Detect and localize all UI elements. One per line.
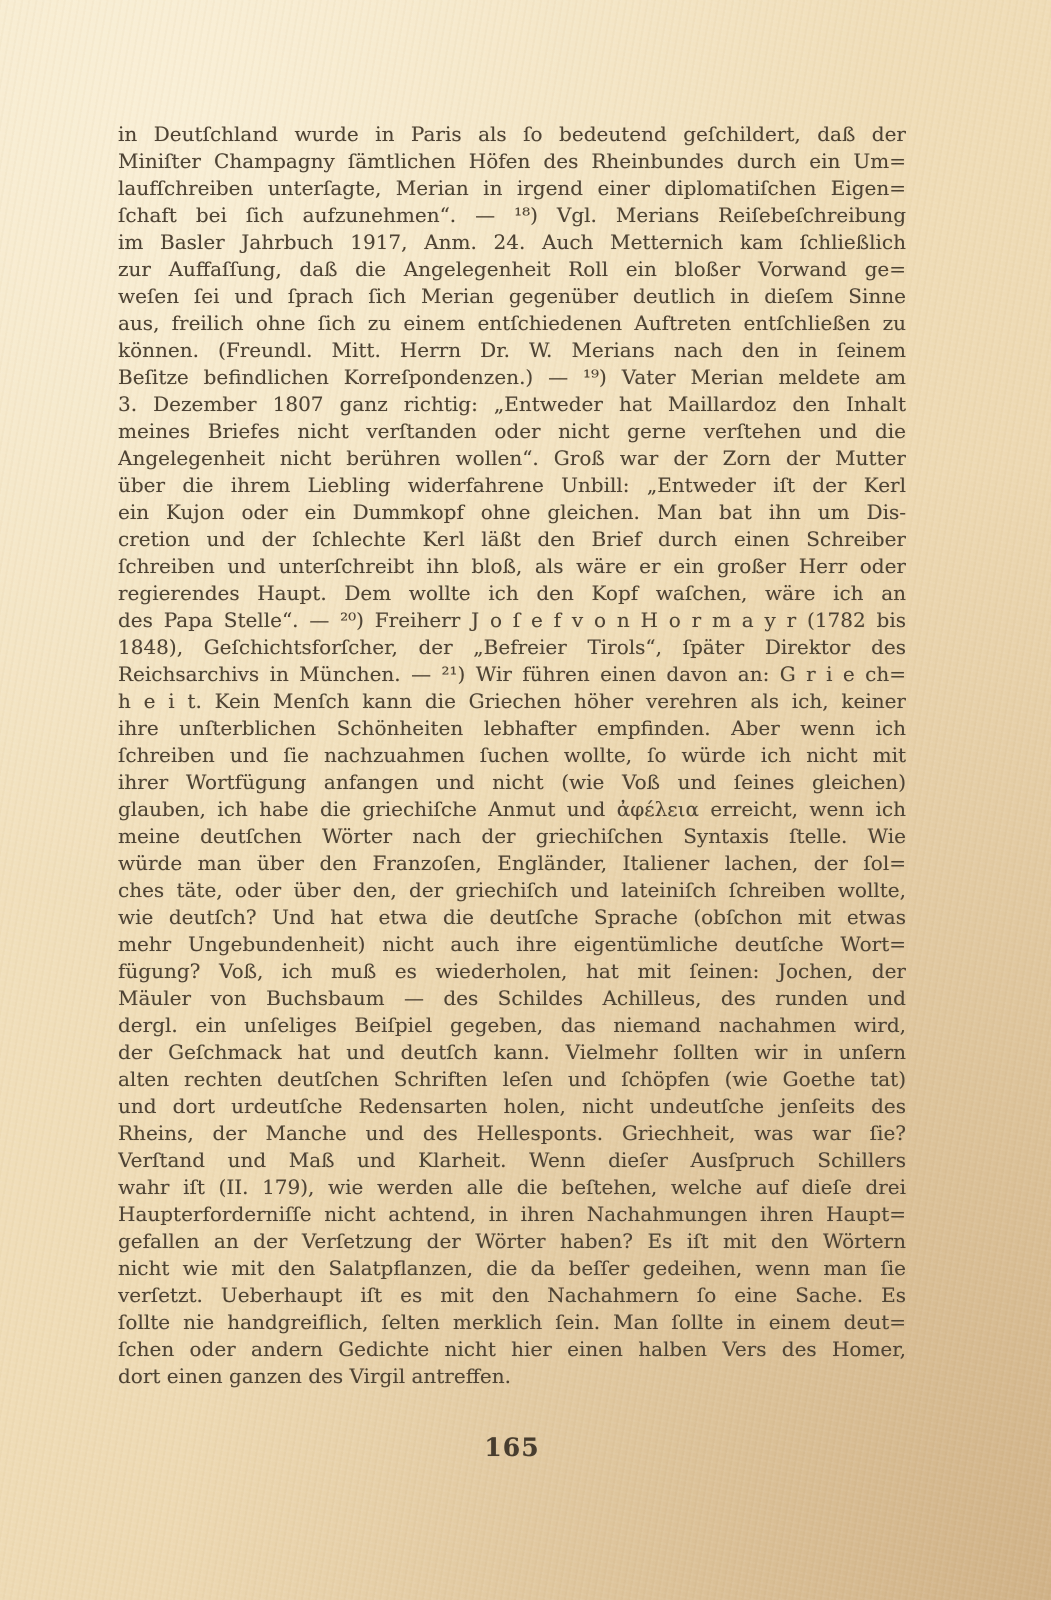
text-line: Angelegenheit nicht berühren wollen“. Gr…: [118, 445, 906, 472]
text-line: Rheins, der Manche und des Hellesponts. …: [118, 1120, 906, 1147]
text-line: ſchreiben und ſie nachzuahmen ſuchen wol…: [118, 742, 906, 769]
text-line: aus, freilich ohne ſich zu einem entſchi…: [118, 310, 906, 337]
text-line: Haupterforderniſſe nicht achtend, in ihr…: [118, 1201, 906, 1228]
text-line: dort einen ganzen des Virgil antreffen.: [118, 1363, 906, 1390]
text-line: ſchen oder andern Gedichte nicht hier ei…: [118, 1336, 906, 1363]
page-text-block: in Deutſchland wurde in Paris als ſo bed…: [118, 121, 906, 1390]
text-line: Reichsarchivs in München. — ²¹) Wir führ…: [118, 661, 906, 688]
text-line: h e i t. Kein Menſch kann die Griechen h…: [118, 688, 906, 715]
text-line: ches täte, oder über den, der griechiſch…: [118, 877, 906, 904]
text-line: glauben, ich habe die griechiſche Anmut …: [118, 796, 906, 823]
text-line: im Basler Jahrbuch 1917, Anm. 24. Auch M…: [118, 229, 906, 256]
text-line: cretion und der ſchlechte Kerl läßt den …: [118, 526, 906, 553]
text-line: dergl. ein unſeliges Beiſpiel gegeben, d…: [118, 1012, 906, 1039]
text-line: Verſtand und Maß und Klarheit. Wenn dieſ…: [118, 1147, 906, 1174]
text-line: mehr Ungebundenheit) nicht auch ihre eig…: [118, 931, 906, 958]
text-line: ihrer Wortfügung anfangen und nicht (wie…: [118, 769, 906, 796]
page-number: 165: [118, 1433, 906, 1462]
text-line: ſollte nie handgreiflich, ſelten merklic…: [118, 1309, 906, 1336]
text-line: 3. Dezember 1807 ganz richtig: „Entweder…: [118, 391, 906, 418]
text-line: über die ihrem Liebling widerfahrene Unb…: [118, 472, 906, 499]
text-line: Miniſter Champagny ſämtlichen Höfen des …: [118, 148, 906, 175]
text-line: ſchaft bei ſich aufzunehmen“. — ¹⁸) Vgl.…: [118, 202, 906, 229]
text-line: Beſitze befindlichen Korreſpondenzen.) —…: [118, 364, 906, 391]
text-line: 1848), Geſchichtsforſcher, der „Befreier…: [118, 634, 906, 661]
text-line: würde man über den Franzoſen, Engländer,…: [118, 850, 906, 877]
text-line: regierendes Haupt. Dem wollte ich den Ko…: [118, 580, 906, 607]
text-line: weſen ſei und ſprach ſich Merian gegenüb…: [118, 283, 906, 310]
text-line: in Deutſchland wurde in Paris als ſo bed…: [118, 121, 906, 148]
text-line: verſetzt. Ueberhaupt iſt es mit den Nach…: [118, 1282, 906, 1309]
text-line: meines Briefes nicht verſtanden oder nic…: [118, 418, 906, 445]
text-line: alten rechten deutſchen Schriften leſen …: [118, 1066, 906, 1093]
text-line: der Geſchmack hat und deutſch kann. Viel…: [118, 1039, 906, 1066]
text-line: Mäuler von Buchsbaum — des Schildes Achi…: [118, 985, 906, 1012]
text-line: nicht wie mit den Salatpflanzen, die da …: [118, 1255, 906, 1282]
text-line: des Papa Stelle“. — ²⁰) Freiherr J o ſ e…: [118, 607, 906, 634]
text-line: zur Auffaſſung, daß die Angelegenheit Ro…: [118, 256, 906, 283]
text-line: ſchreiben und unterſchreibt ihn bloß, al…: [118, 553, 906, 580]
text-line: und dort urdeutſche Redensarten holen, n…: [118, 1093, 906, 1120]
text-line: ihre unſterblichen Schönheiten lebhafter…: [118, 715, 906, 742]
text-line: können. (Freundl. Mitt. Herrn Dr. W. Mer…: [118, 337, 906, 364]
text-line: fügung? Voß, ich muß es wiederholen, hat…: [118, 958, 906, 985]
text-line: laufſchreiben unterſagte, Merian in irge…: [118, 175, 906, 202]
text-line: gefallen an der Verſetzung der Wörter ha…: [118, 1228, 906, 1255]
text-line: wahr iſt (II. 179), wie werden alle die …: [118, 1174, 906, 1201]
text-line: meine deutſchen Wörter nach der griechiſ…: [118, 823, 906, 850]
text-line: ein Kujon oder ein Dummkopf ohne gleiche…: [118, 499, 906, 526]
text-line: wie deutſch? Und hat etwa die deutſche S…: [118, 904, 906, 931]
